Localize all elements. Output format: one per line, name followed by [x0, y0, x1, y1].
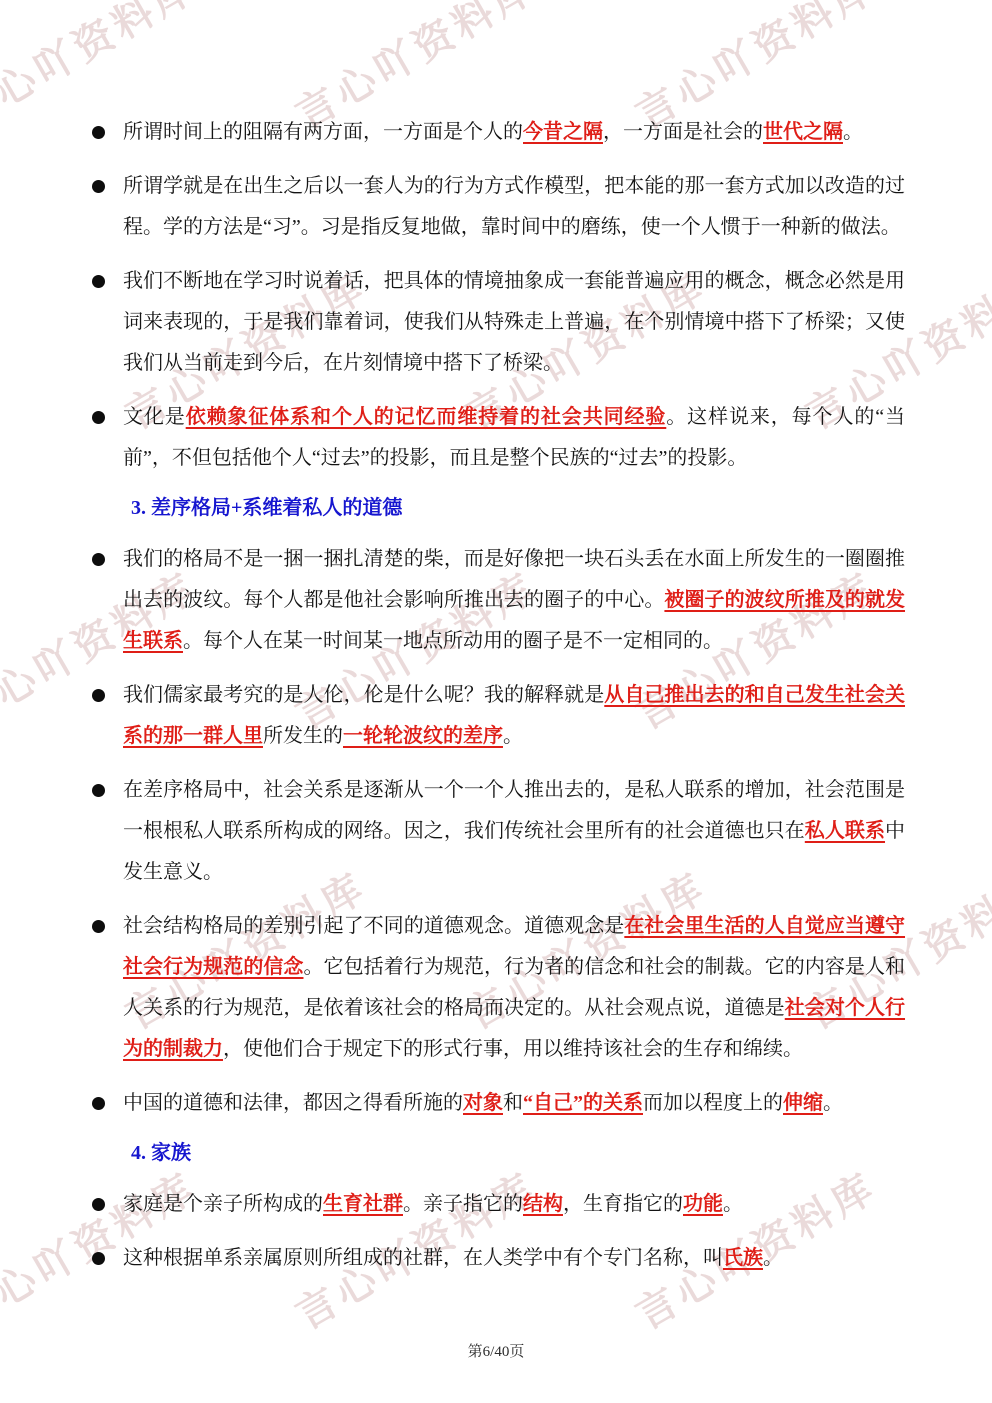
bullet-icon [92, 920, 105, 933]
page-number: 第6/40页 [468, 1344, 525, 1360]
bullet-item: 所谓学就是在出生之后以一套人为的行为方式作模型，把本能的那一套方式加以改造的过程… [123, 166, 905, 248]
bullet-item: 在差序格局中，社会关系是逐渐从一个一个人推出去的，是私人联系的增加，社会范围是一… [123, 770, 905, 893]
content-list: 所谓时间上的阻隔有两方面，一方面是个人的今昔之隔，一方面是社会的世代之隔。所谓学… [0, 0, 992, 1279]
bullet-icon [92, 553, 105, 566]
highlighted-text: 伸缩 [783, 1092, 823, 1114]
highlighted-text: 功能 [683, 1193, 723, 1215]
bullet-text: 所谓学就是在出生之后以一套人为的行为方式作模型，把本能的那一套方式加以改造的过程… [123, 166, 905, 248]
section-heading: 4. 家族 [123, 1140, 905, 1166]
bullet-icon [92, 784, 105, 797]
bullet-item: 文化是依赖象征体系和个人的记忆而维持着的社会共同经验。这样说来，每个人的“当前”… [123, 397, 905, 479]
section-heading: 3. 差序格局+系维着私人的道德 [123, 495, 905, 521]
bullet-icon [92, 1097, 105, 1110]
bullet-icon [92, 1198, 105, 1211]
bullet-icon [92, 180, 105, 193]
bullet-text: 我们的格局不是一捆一捆扎清楚的柴，而是好像把一块石头丢在水面上所发生的一圈圈推出… [123, 539, 905, 662]
bullet-item: 社会结构格局的差别引起了不同的道德观念。道德观念是在社会里生活的人自觉应当遵守社… [123, 906, 905, 1070]
page-footer: 第6/40页 [0, 1340, 992, 1361]
bullet-text: 中国的道德和法律，都因之得看所施的对象和“自己”的关系而加以程度上的伸缩。 [123, 1083, 905, 1124]
bullet-item: 这种根据单系亲属原则所组成的社群，在人类学中有个专门名称，叫氏族。 [123, 1238, 905, 1279]
bullet-text: 文化是依赖象征体系和个人的记忆而维持着的社会共同经验。这样说来，每个人的“当前”… [123, 397, 905, 479]
bullet-text: 我们不断地在学习时说着话，把具体的情境抽象成一套能普遍应用的概念，概念必然是用词… [123, 261, 905, 384]
bullet-icon [92, 126, 105, 139]
bullet-text: 在差序格局中，社会关系是逐渐从一个一个人推出去的，是私人联系的增加，社会范围是一… [123, 770, 905, 893]
bullet-text: 社会结构格局的差别引起了不同的道德观念。道德观念是在社会里生活的人自觉应当遵守社… [123, 906, 905, 1070]
bullet-text: 这种根据单系亲属原则所组成的社群，在人类学中有个专门名称，叫氏族。 [123, 1238, 905, 1279]
bullet-icon [92, 689, 105, 702]
bullet-item: 我们儒家最考究的是人伦，伦是什么呢？我的解释就是从自己推出去的和自己发生社会关系… [123, 675, 905, 757]
bullet-text: 家庭是个亲子所构成的生育社群。亲子指它的结构，生育指它的功能。 [123, 1184, 905, 1225]
bullet-icon [92, 275, 105, 288]
highlighted-text: 氏族 [723, 1247, 763, 1269]
highlighted-text: 依赖象征体系和个人的记忆而维持着的社会共同经验 [186, 406, 667, 428]
bullet-text: 我们儒家最考究的是人伦，伦是什么呢？我的解释就是从自己推出去的和自己发生社会关系… [123, 675, 905, 757]
highlighted-text: 对象 [463, 1092, 503, 1114]
highlighted-text: 生育社群 [323, 1193, 403, 1215]
bullet-item: 所谓时间上的阻隔有两方面，一方面是个人的今昔之隔，一方面是社会的世代之隔。 [123, 112, 905, 153]
bullet-item: 中国的道德和法律，都因之得看所施的对象和“自己”的关系而加以程度上的伸缩。 [123, 1083, 905, 1124]
document-page: 言心吖资料库言心吖资料库言心吖资料库言心吖资料库言心吖资料库言心吖资料库言心吖资… [0, 0, 992, 1403]
bullet-text: 所谓时间上的阻隔有两方面，一方面是个人的今昔之隔，一方面是社会的世代之隔。 [123, 112, 905, 153]
bullet-item: 家庭是个亲子所构成的生育社群。亲子指它的结构，生育指它的功能。 [123, 1184, 905, 1225]
highlighted-text: 一轮轮波纹的差序 [343, 725, 503, 747]
highlighted-text: 结构 [523, 1193, 563, 1215]
highlighted-text: 今昔之隔 [523, 121, 603, 143]
bullet-item: 我们的格局不是一捆一捆扎清楚的柴，而是好像把一块石头丢在水面上所发生的一圈圈推出… [123, 539, 905, 662]
bullet-icon [92, 411, 105, 424]
highlighted-text: 世代之隔 [763, 121, 843, 143]
highlighted-text: 私人联系 [805, 820, 885, 842]
highlighted-text: “自己”的关系 [523, 1092, 643, 1114]
bullet-item: 我们不断地在学习时说着话，把具体的情境抽象成一套能普遍应用的概念，概念必然是用词… [123, 261, 905, 384]
bullet-icon [92, 1252, 105, 1265]
